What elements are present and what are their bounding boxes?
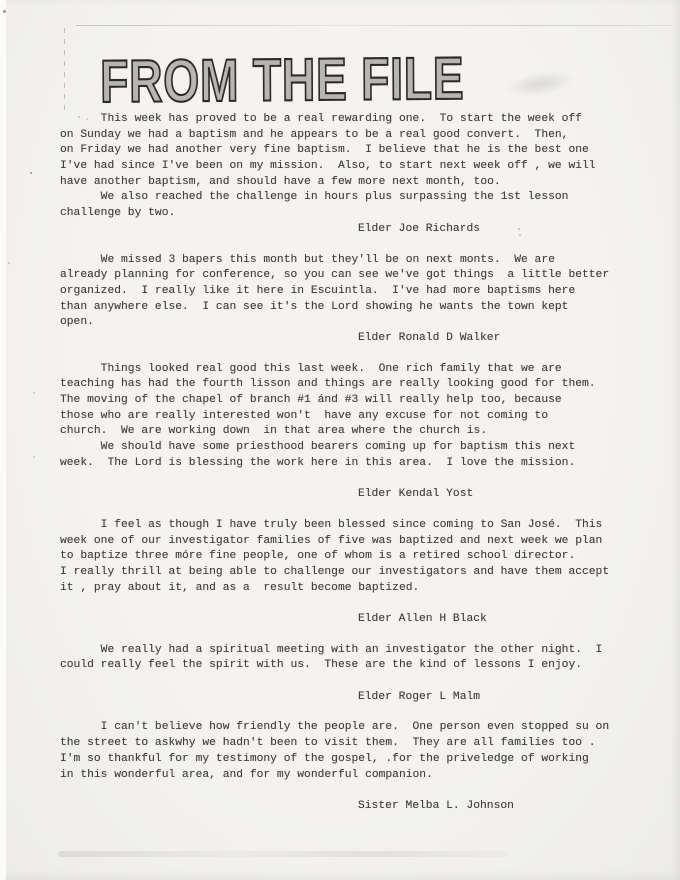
text-line: We missed 3 bapers this month but they'l… (60, 253, 660, 269)
text-line: those who are really interested won't ha… (60, 409, 660, 425)
text-line: week. The Lord is blessing the work here… (60, 456, 660, 472)
paragraph-block: I feel as though I have truly been bless… (60, 518, 660, 628)
text-line: it , pray about it, and as a result beco… (60, 581, 660, 597)
text-line: We really had a spiritual meeting with a… (60, 643, 660, 659)
signature: Sister Melba L. Johnson (60, 799, 660, 815)
scan-artifact-top-line (76, 25, 672, 26)
text-line: I've had since I've been on my mission. … (60, 159, 660, 175)
scan-artifact-speck (30, 172, 32, 174)
signature: Elder Roger L Malm (60, 690, 660, 706)
paragraph-lines: We missed 3 bapers this month but they'l… (60, 253, 660, 331)
text-line: in this wonderful area, and for my wonde… (60, 768, 660, 784)
text-line: the street to askwhy we hadn't been to v… (60, 736, 660, 752)
text-line: to baptize three móre fine people, one o… (60, 549, 660, 565)
paragraph-block: This week has proved to be a real reward… (60, 112, 660, 238)
document-title: FROM THE FILE (100, 49, 464, 112)
text-line: teaching has had the fourth lisson and t… (60, 377, 660, 393)
paragraph-lines: I feel as though I have truly been bless… (60, 518, 660, 596)
document-page: FROM THE FILE This week has proved to be… (0, 0, 680, 880)
paragraph-block: I can't believe how friendly the people … (60, 720, 660, 814)
paragraph-lines: We really had a spiritual meeting with a… (60, 643, 660, 674)
scan-artifact-speck (8, 262, 10, 264)
text-line: on Sunday we had a baptism and he appear… (60, 128, 660, 144)
text-line: The moving of the chapel of branch #1 án… (60, 393, 660, 409)
text-line: have another baptism, and should have a … (60, 175, 660, 191)
signature: Elder Kendal Yost (60, 487, 660, 503)
text-line: This week has proved to be a real reward… (60, 112, 660, 128)
scan-artifact-bottom-smudge (58, 851, 508, 857)
scan-artifact-speck (33, 392, 35, 394)
paragraph-lines: This week has proved to be a real reward… (60, 112, 660, 222)
signature: Elder Ronald D Walker (60, 331, 660, 347)
text-line: challenge by two. (60, 206, 660, 222)
scan-artifact-dashed-line (64, 28, 65, 116)
paragraph-block: We really had a spiritual meeting with a… (60, 643, 660, 706)
scan-artifact-speck (33, 456, 35, 458)
text-line: already planning for conference, so you … (60, 268, 660, 284)
text-line: I really thrill at being able to challen… (60, 565, 660, 581)
text-line: Things looked real good this last week. … (60, 362, 660, 378)
text-line: week one of our investigator families of… (60, 534, 660, 550)
scanner-edge-strip (0, 0, 6, 880)
signature: Elder Joe Richards (60, 222, 660, 238)
signature: Elder Allen H Black (60, 612, 660, 628)
text-line: church. We are working down in that area… (60, 424, 660, 440)
scan-artifact-smudge (503, 66, 576, 102)
paragraph-block: Things looked real good this last week. … (60, 362, 660, 503)
text-line: could really feel the spirit with us. Th… (60, 658, 660, 674)
text-line: We should have some priesthood bearers c… (60, 440, 660, 456)
paragraph-block: We missed 3 bapers this month but they'l… (60, 253, 660, 347)
text-line: organized. I really like it here in Escu… (60, 284, 660, 300)
paragraph-lines: Things looked real good this last week. … (60, 362, 660, 472)
text-line: I feel as though I have truly been bless… (60, 518, 660, 534)
text-line: than anywhere else. I can see it's the L… (60, 300, 660, 316)
text-line: open. (60, 315, 660, 331)
paragraph-lines: I can't believe how friendly the people … (60, 720, 660, 783)
document-body: This week has proved to be a real reward… (60, 112, 660, 830)
text-line: I can't believe how friendly the people … (60, 720, 660, 736)
text-line: I'm so thankful for my testimony of the … (60, 752, 660, 768)
text-line: We also reached the challenge in hours p… (60, 190, 660, 206)
text-line: on Friday we had another very fine bapti… (60, 143, 660, 159)
